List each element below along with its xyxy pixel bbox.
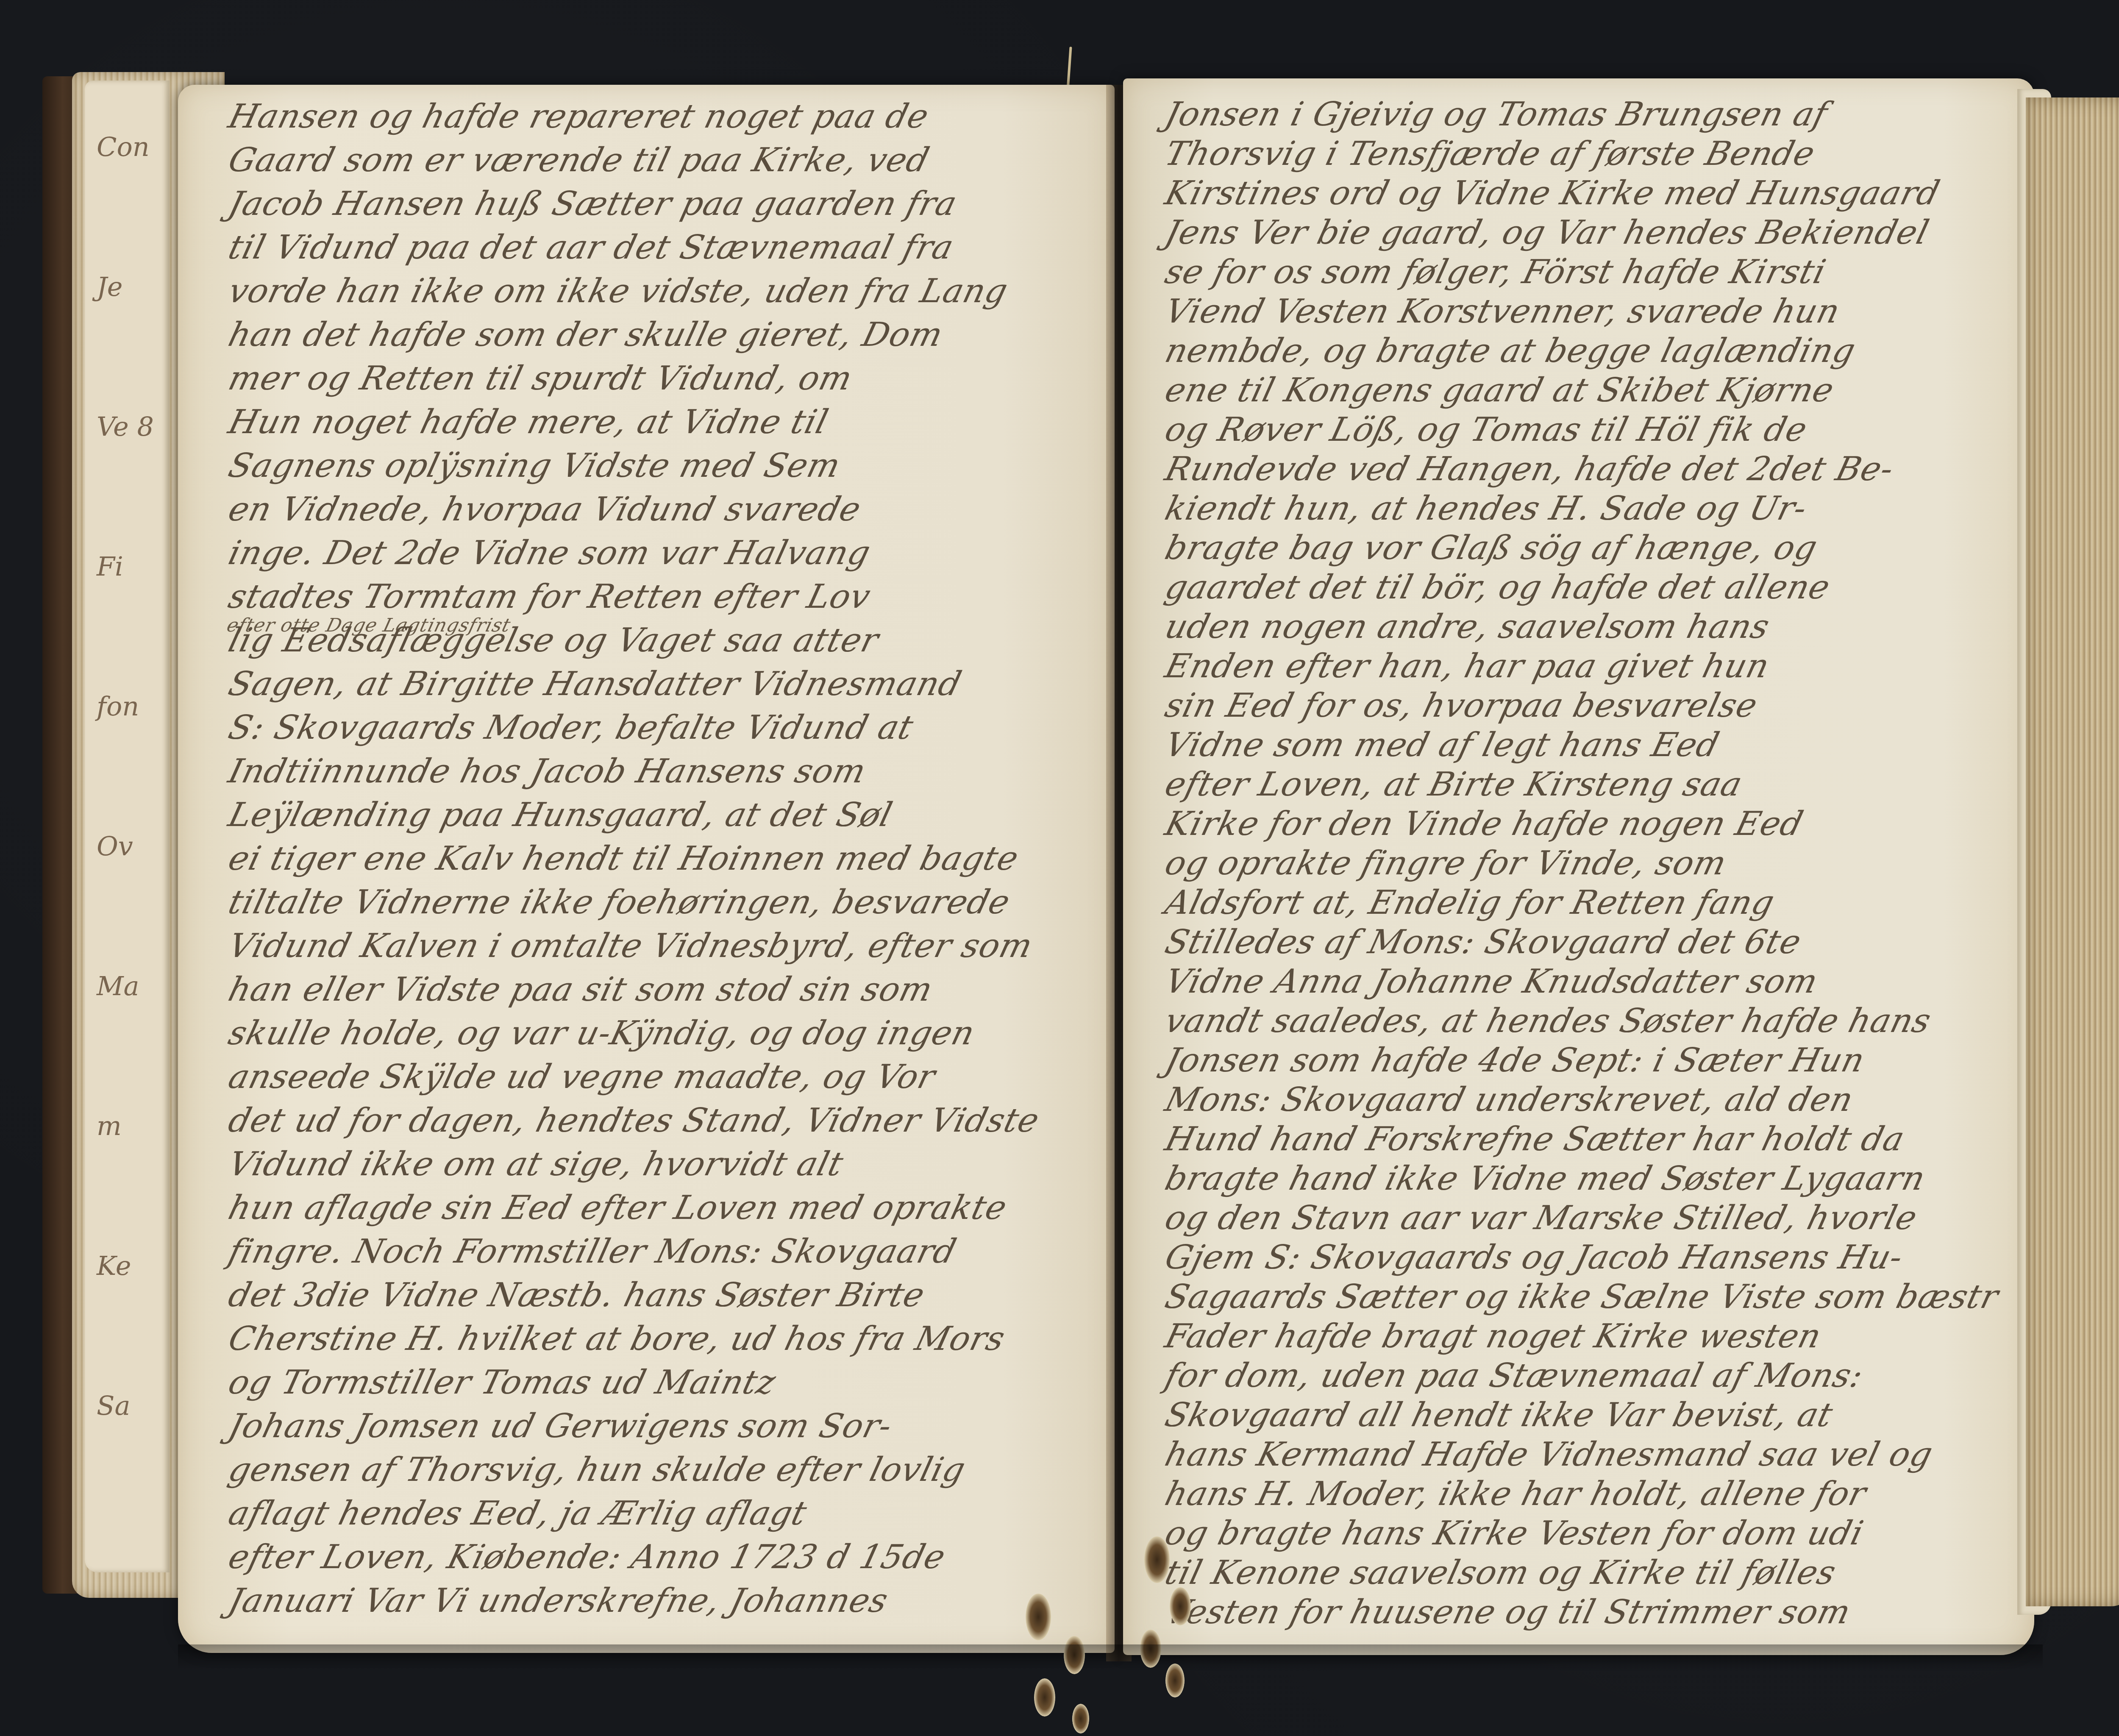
manuscript-line: hans H. Moder, ikke har holdt, allene fo… <box>1161 1475 1870 1513</box>
manuscript-line: hun aflagde sin Eed efter Loven med opra… <box>225 1189 1011 1227</box>
manuscript-line: Sagnens oplÿsning Vidste med Sem <box>225 447 844 485</box>
manuscript-line: se for os som følger, Först hafde Kirsti <box>1161 253 1830 291</box>
manuscript-line: Fader hafde bragt noget Kirke westen <box>1161 1317 1825 1355</box>
margin-fragment: m <box>97 1110 122 1141</box>
margin-fragment: Ma <box>97 971 139 1002</box>
manuscript-line: vandt saaledes, at hendes Søster hafde h… <box>1161 1002 1935 1040</box>
manuscript-line: sin Eed for os, hvorpaa besvarelse <box>1161 687 1761 725</box>
manuscript-line: vorde han ikke om ikke vidste, uden fra … <box>225 272 1012 310</box>
manuscript-line: Jens Ver bie gaard, og Var hendes Bekien… <box>1161 214 1933 252</box>
manuscript-line: Jonsen som hafde 4de Sept: i Sæter Hun <box>1161 1041 1869 1079</box>
manuscript-line: Januari Var Vi underskrefne, Johannes <box>225 1582 892 1620</box>
manuscript-line: bragte bag vor Glaß sög af hænge, og <box>1161 529 1821 567</box>
manuscript-line: bragte hand ikke Vidne med Søster Lygaar… <box>1161 1160 1929 1198</box>
manuscript-line: Sagaards Sætter og ikke Sælne Viste som … <box>1161 1278 2002 1316</box>
manuscript-line: Enden efter han, har paa givet hun <box>1161 647 1773 685</box>
manuscript-line: Johans Jomsen ud Gerwigens som Sor- <box>225 1407 896 1445</box>
manuscript-line: Hansen og hafde repareret noget paa de <box>225 97 933 136</box>
manuscript-line: anseede Skÿlde ud vegne maadte, og Vor <box>225 1058 939 1096</box>
manuscript-line: han det hafde som der skulle gieret, Dom <box>225 316 947 354</box>
underlying-page-left: ConJeVe 8FifonOvMamKeSa <box>85 81 170 1572</box>
manuscript-line: Vidne Anna Johanne Knudsdatter som <box>1161 963 1822 1001</box>
manuscript-line: Kirke for den Vinde hafde nogen Eed <box>1161 805 1807 843</box>
manuscript-line: tiltalte Vidnerne ikke foehøringen, besv… <box>225 883 1014 921</box>
manuscript-line: Jacob Hansen huß Sætter paa gaarden fra <box>225 185 961 223</box>
manuscript-line: og bragte hans Kirke Vesten for dom udi <box>1161 1514 1867 1552</box>
margin-fragment: Sa <box>97 1390 130 1421</box>
manuscript-line: og Røver Löß, og Tomas til Höl fik de <box>1161 411 1811 449</box>
manuscript-line: Stilledes af Mons: Skovgaard det 6te <box>1161 923 1805 961</box>
manuscript-line: ei tiger ene Kalv hendt til Hoinnen med … <box>225 840 1023 878</box>
manuscript-line: Indtiinnunde hos Jacob Hansens som <box>225 752 870 790</box>
manuscript-line: Vidne som med af legt hans Eed <box>1161 726 1723 764</box>
manuscript-line: Leÿlænding paa Hunsgaard, at det Søl <box>225 796 896 834</box>
manuscript-line: ene til Kongens gaard at Skibet Kjørne <box>1161 371 1838 409</box>
manuscript-line: gensen af Thorsvig, hun skulde efter lov… <box>225 1451 969 1489</box>
manuscript-line: og Tormstiller Tomas ud Maintz <box>225 1363 780 1402</box>
manuscript-line: uden nogen andre, saavelsom hans <box>1161 608 1774 646</box>
right-page-stack <box>2026 97 2119 1606</box>
manuscript-line: Hun noget hafde mere, at Vidne til <box>225 403 832 441</box>
manuscript-line: Rundevde ved Hangen, hafde det 2det Be- <box>1161 450 1898 488</box>
manuscript-line: til Kenone saavelsom og Kirke til følles <box>1161 1554 1840 1592</box>
worm-hole <box>1170 1587 1191 1625</box>
manuscript-line: hans Kermand Hafde Vidnesmand saa vel og <box>1161 1436 1937 1474</box>
manuscript-line: Vidund Kalven i omtalte Vidnesbyrd, efte… <box>225 927 1037 965</box>
worm-hole <box>1072 1704 1089 1733</box>
manuscript-line: Kirstines ord og Vidne Kirke med Hunsgaa… <box>1161 174 1944 212</box>
manuscript-line: Viend Vesten Korstvenner, svarede hun <box>1161 292 1844 331</box>
manuscript-line: Hund hand Forskrefne Sætter har holdt da <box>1161 1120 1908 1158</box>
manuscript-line: Skovgaard all hendt ikke Var bevist, at <box>1161 1396 1837 1434</box>
manuscript-line: han eller Vidste paa sit som stod sin so… <box>225 971 937 1009</box>
manuscript-line: stadtes Tormtam for Retten efter Lov <box>225 578 874 616</box>
margin-fragment: Ke <box>97 1250 131 1281</box>
manuscript-line: til Vidund paa det aar det Stævnemaal fr… <box>225 228 958 267</box>
left-page: Hansen og hafde repareret noget paa deGa… <box>178 85 1115 1653</box>
margin-fragment: Ve 8 <box>97 411 154 442</box>
manuscript-line: Gjem S: Skovgaards og Jacob Hansens Hu- <box>1161 1238 1907 1277</box>
worm-hole <box>1026 1594 1051 1640</box>
worm-hole <box>1144 1536 1170 1583</box>
manuscript-line: Vesten for huusene og til Strimmer som <box>1161 1593 1855 1631</box>
manuscript-line: Aldsfort at, Endelig for Retten fang <box>1161 884 1778 922</box>
manuscript-line: nembde, og bragte at begge laglænding <box>1161 332 1860 370</box>
manuscript-line: aflagt hendes Eed, ja Ærlig aflagt <box>225 1494 811 1533</box>
manuscript-line: kiendt hun, at hendes H. Sade og Ur- <box>1161 490 1811 528</box>
manuscript-line: Cherstine H. hvilket at bore, ud hos fra… <box>225 1320 1009 1358</box>
manuscript-line: og oprakte fingre for Vinde, som <box>1161 844 1730 882</box>
manuscript-line: Vidund ikke om at sige, hvorvidt alt <box>225 1145 847 1183</box>
manuscript-line: mer og Retten til spurdt Vidund, om <box>225 359 856 398</box>
manuscript-line: efter Loven, at Birte Kirsteng saa <box>1161 765 1746 804</box>
right-page-text: Jonsen i Gjeivig og Tomas Brungsen afTho… <box>1123 78 2034 1655</box>
margin-fragment: Ov <box>97 831 133 862</box>
manuscript-line: og den Stavn aar var Marske Stilled, hvo… <box>1161 1199 1921 1237</box>
manuscript-line: Jonsen i Gjeivig og Tomas Brungsen af <box>1161 95 1832 134</box>
manuscript-line: det ud for dagen, hendtes Stand, Vidner … <box>225 1102 1043 1140</box>
manuscript-line: Gaard som er værende til paa Kirke, ved <box>225 141 933 179</box>
worm-hole <box>1034 1678 1055 1717</box>
right-page: Jonsen i Gjeivig og Tomas Brungsen afTho… <box>1123 78 2034 1655</box>
page-shadow <box>178 1644 2043 1670</box>
manuscript-line: gaardet det til bör, og hafde det allene <box>1161 568 1834 606</box>
manuscript-line: Mons: Skovgaard underskrevet, ald den <box>1161 1081 1858 1119</box>
margin-fragment: Fi <box>97 551 123 582</box>
manuscript-line: skulle holde, og var u-Kÿndig, og dog in… <box>225 1014 979 1052</box>
manuscript-line: for dom, uden paa Stævnemaal af Mons: <box>1161 1357 1867 1395</box>
left-page-text: Hansen og hafde repareret noget paa deGa… <box>178 85 1115 1653</box>
manuscript-line: Thorsvig i Tensfjærde af første Bende <box>1161 135 1819 173</box>
margin-fragment: Con <box>97 131 150 162</box>
manuscript-line: det 3die Vidne Næstb. hans Søster Birte <box>225 1276 929 1314</box>
manuscript-line: en Vidnede, hvorpaa Vidund svarede <box>225 490 865 529</box>
manuscript-line: efter Loven, Kiøbende: Anno 1723 d 15de <box>225 1538 949 1576</box>
manuscript-line: S: Skovgaards Moder, befalte Vidund at <box>225 709 917 747</box>
margin-fragment: Je <box>97 271 123 302</box>
manuscript-line: Sagen, at Birgitte Hansdatter Vidnesmand <box>225 665 965 703</box>
manuscript-line: fingre. Noch Formstiller Mons: Skovgaard <box>225 1232 960 1271</box>
manuscript-line: inge. Det 2de Vidne som var Halvang <box>225 534 874 572</box>
interlinear-note: efter otte Dage Lagtingsfrist <box>225 615 513 636</box>
margin-fragment: fon <box>97 691 139 722</box>
